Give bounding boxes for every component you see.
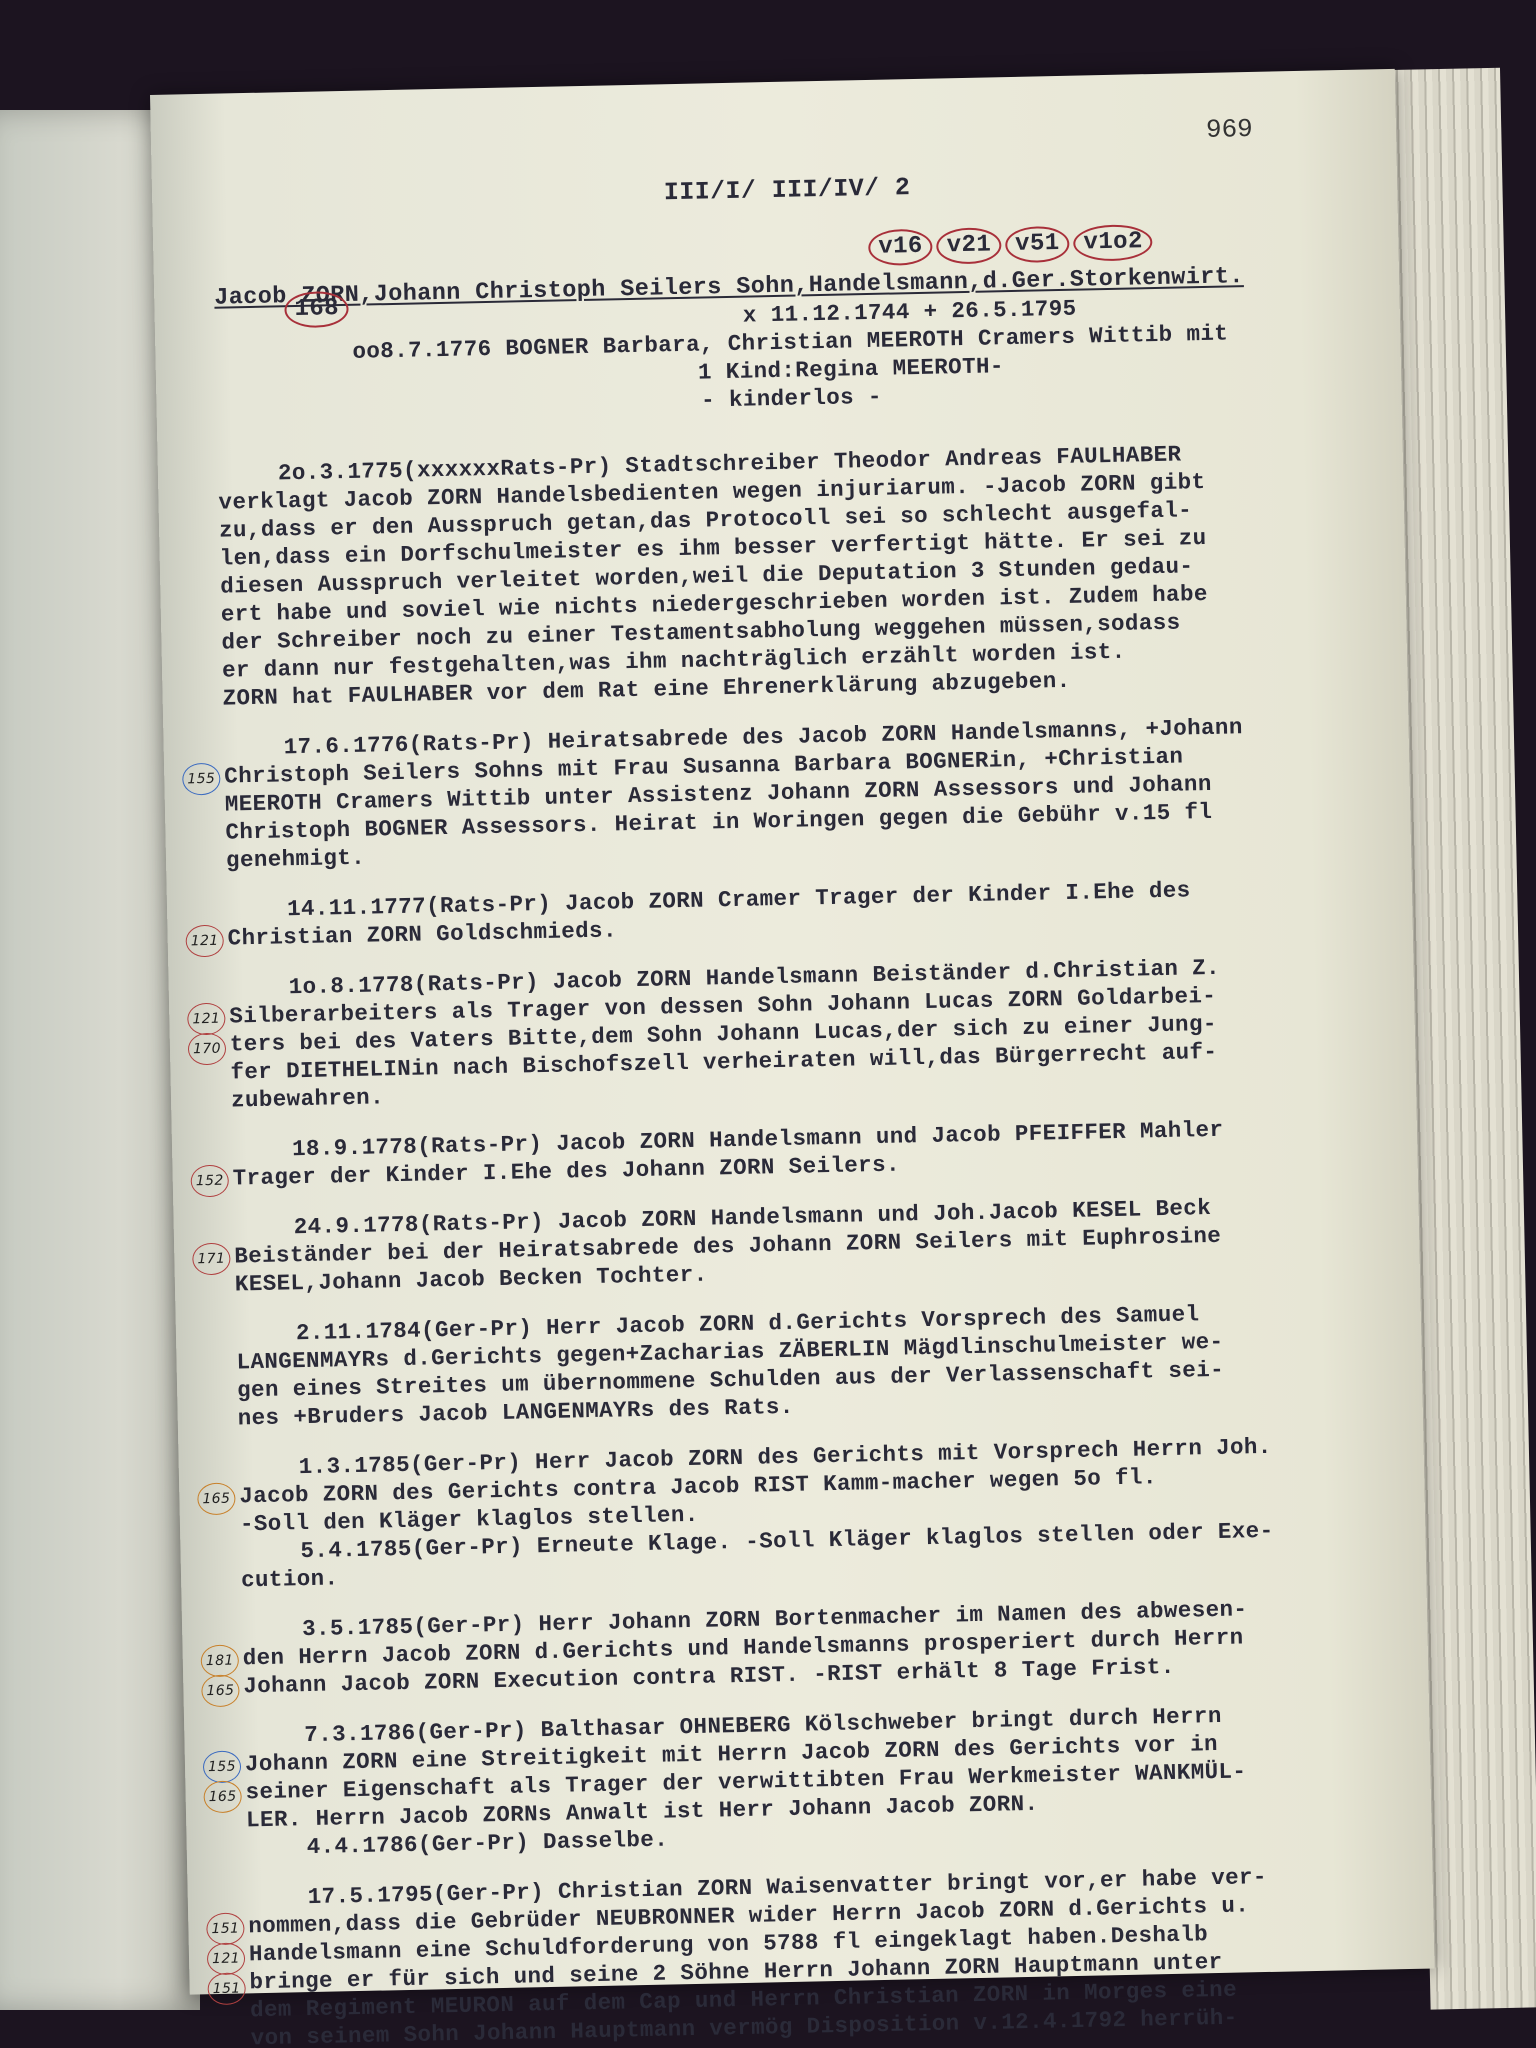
margin-annotation: 170: [188, 1033, 227, 1066]
record-entry: 1211701o.8.1778(Rats-Pr) Jacob ZORN Hand…: [228, 950, 1381, 1114]
record-entry: 2.11.1784(Ger-Pr) Herr Jacob ZORN d.Geri…: [236, 1296, 1388, 1432]
ref-badge: v21: [936, 227, 1001, 264]
record-entry: 1551657.3.1786(Ger-Pr) Balthasar OHNEBER…: [244, 1698, 1397, 1862]
record-entries: 2o.3.1775(xxxxxxRats-Pr) Stadtschreiber …: [218, 437, 1401, 2048]
margin-annotation: 165: [201, 1674, 240, 1707]
record-entry: 17124.9.1778(Rats-Pr) Jacob ZORN Handels…: [233, 1190, 1385, 1298]
record-entry: 12114.11.1777(Rats-Pr) Jacob ZORN Cramer…: [227, 872, 1378, 952]
margin-annotation: 121: [185, 925, 224, 958]
margin-annotation: 181: [200, 1644, 239, 1677]
document-page: 969 III/I/ III/IV/ 2 v16 v21 v51 v1o2 16…: [150, 69, 1435, 1995]
margin-annotation: 152: [190, 1165, 229, 1198]
record-entry: 1811653.5.1785(Ger-Pr) Herr Johann ZORN …: [242, 1592, 1394, 1700]
margin-annotation: 121: [187, 1003, 226, 1036]
record-entry: 15517.6.1776(Rats-Pr) Heiratsabrede des …: [223, 711, 1376, 875]
document-content: III/I/ III/IV/ 2 v16 v21 v51 v1o2 168 Ja…: [211, 110, 1401, 2048]
ref-badge: v1o2: [1073, 224, 1153, 262]
ref-badge: v16: [868, 229, 933, 266]
margin-annotation: 165: [197, 1483, 236, 1516]
margin-annotation: 151: [207, 1972, 246, 2005]
reference-badges: v16 v21 v51 v1o2: [868, 224, 1153, 266]
margin-annotation: 121: [207, 1942, 246, 1975]
margin-annotation: 155: [203, 1750, 242, 1783]
ref-badge: v51: [1005, 226, 1070, 263]
record-entry: 15218.9.1778(Rats-Pr) Jacob ZORN Handels…: [232, 1112, 1383, 1192]
margin-annotation: 151: [206, 1912, 245, 1945]
volume-reference: III/I/ III/IV/ 2: [212, 165, 1362, 217]
margin-annotation: 165: [203, 1780, 242, 1813]
margin-annotation: 155: [182, 763, 221, 796]
record-entry: 2o.3.1775(xxxxxxRats-Pr) Stadtschreiber …: [218, 437, 1373, 713]
record-entry: 1651.3.1785(Ger-Pr) Herr Jacob ZORN des …: [238, 1430, 1391, 1594]
margin-annotation: 171: [192, 1243, 231, 1276]
record-entry: 15112115117.5.1795(Ger-Pr) Christian ZOR…: [247, 1860, 1400, 2048]
